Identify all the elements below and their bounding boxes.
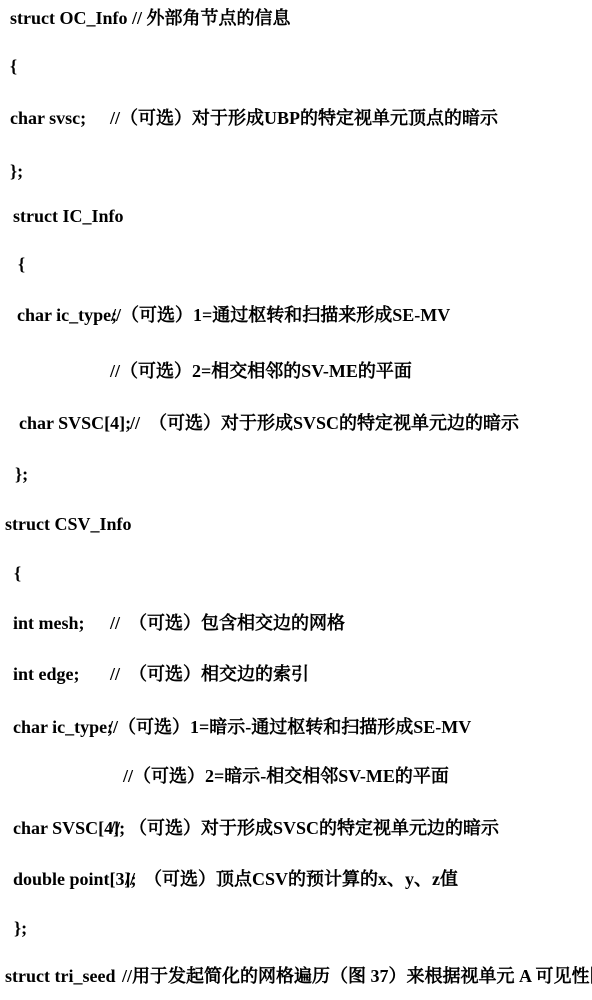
code-line: //（可选）2=相交相邻的SV-ME的平面: [0, 358, 592, 384]
code-text: };: [10, 158, 23, 184]
code-line: char SVSC[4]; // （可选）对于形成SVSC的特定视单元边的暗示: [0, 410, 592, 436]
comment-text: // 外部角节点的信息: [132, 5, 291, 31]
code-text: {: [18, 251, 25, 277]
code-text: struct CSV_Info: [5, 511, 132, 537]
comment-text: // （可选）对于形成SVSC的特定视单元边的暗示: [110, 815, 499, 841]
code-text: };: [15, 461, 28, 487]
code-line: {: [0, 53, 592, 79]
code-line: double point[3]; // （可选）顶点CSV的预计算的x、y、z值: [0, 866, 592, 892]
code-text: int mesh;: [13, 610, 85, 636]
code-text: char ic_type;: [13, 714, 113, 740]
comment-text: // （可选）包含相交边的网格: [110, 610, 345, 636]
code-text: };: [14, 915, 27, 941]
comment-text: //（可选）1=暗示-通过枢转和扫描形成SE-MV: [108, 714, 471, 740]
code-line: //（可选）2=暗示-相交相邻SV-ME的平面: [0, 763, 592, 789]
code-line: char ic_type; //（可选）1=通过枢转和扫描来形成SE-MV: [0, 302, 592, 328]
code-text: struct IC_Info: [13, 203, 124, 229]
code-line: struct IC_Info: [0, 203, 592, 229]
code-text: char ic_type;: [17, 302, 117, 328]
code-text: int edge;: [13, 661, 80, 687]
code-line: struct OC_Info // 外部角节点的信息: [0, 5, 592, 31]
code-text: char svsc;: [10, 105, 86, 131]
code-line: int mesh; // （可选）包含相交边的网格: [0, 610, 592, 636]
comment-text: // （可选）相交边的索引: [110, 661, 309, 687]
code-line: {: [0, 251, 592, 277]
code-text: struct tri_seed: [5, 963, 115, 989]
code-text: char SVSC[4];: [13, 815, 125, 841]
code-line: };: [0, 158, 592, 184]
comment-text: // （可选）顶点CSV的预计算的x、y、z值: [125, 866, 458, 892]
comment-text: //（可选）对于形成UBP的特定视单元顶点的暗示: [110, 105, 498, 131]
comment-text: //（可选）1=通过枢转和扫描来形成SE-MV: [111, 302, 450, 328]
code-text: {: [14, 560, 21, 586]
comment-text: // （可选）对于形成SVSC的特定视单元边的暗示: [130, 410, 519, 436]
code-line: };: [0, 915, 592, 941]
comment-text: //（可选）2=暗示-相交相邻SV-ME的平面: [123, 763, 449, 789]
comment-text: //用于发起简化的网格遍历（图 37）来根据视单元 A 可见性图: [122, 963, 592, 989]
document-page: struct OC_Info // 外部角节点的信息 { char svsc; …: [0, 0, 592, 1000]
code-line: {: [0, 560, 592, 586]
code-line: char SVSC[4]; // （可选）对于形成SVSC的特定视单元边的暗示: [0, 815, 592, 841]
code-text: struct OC_Info: [10, 5, 128, 31]
code-line: };: [0, 461, 592, 487]
code-line: struct tri_seed //用于发起简化的网格遍历（图 37）来根据视单…: [0, 963, 592, 989]
comment-text: //（可选）2=相交相邻的SV-ME的平面: [110, 358, 412, 384]
code-line: struct CSV_Info: [0, 511, 592, 537]
code-line: char ic_type; //（可选）1=暗示-通过枢转和扫描形成SE-MV: [0, 714, 592, 740]
code-text: double point[3];: [13, 866, 137, 892]
code-text: {: [10, 53, 17, 79]
code-line: char svsc; //（可选）对于形成UBP的特定视单元顶点的暗示: [0, 105, 592, 131]
code-line: int edge; // （可选）相交边的索引: [0, 661, 592, 687]
code-text: char SVSC[4];: [19, 410, 131, 436]
